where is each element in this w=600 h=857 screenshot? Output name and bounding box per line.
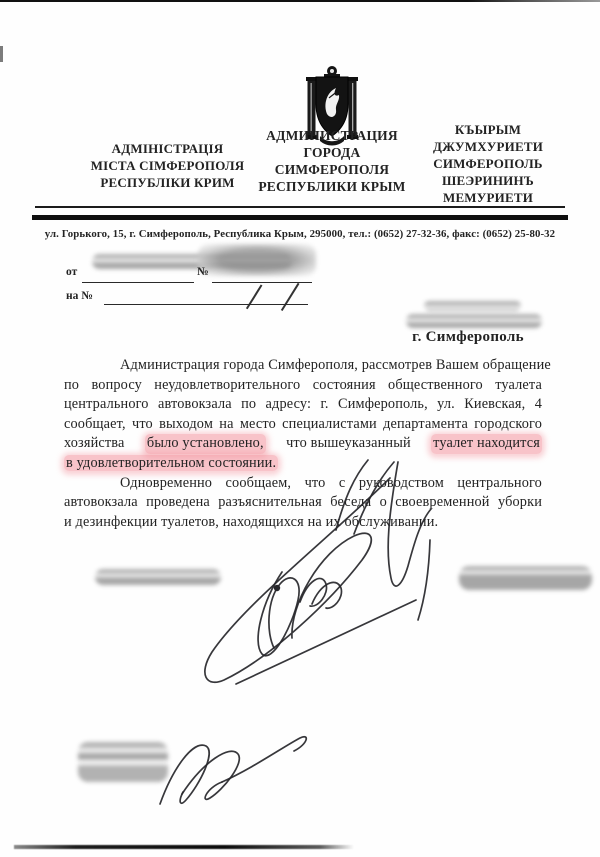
letterhead-line: ГОРОДА xyxy=(252,144,412,161)
redacted-signer-title-left xyxy=(95,569,221,585)
letterhead-line: АДМІНІСТРАЦІЯ xyxy=(60,140,275,157)
letterhead-russian: АДМИНИСТРАЦИЯ ГОРОДА СИМФЕРОПОЛЯ РЕСПУБЛ… xyxy=(252,127,412,195)
letterhead-line: ШЕЭРИНИНЪ xyxy=(403,172,573,189)
body-segment: хозяйства xyxy=(64,434,124,454)
reply-underline xyxy=(104,304,308,305)
body-line: по вопросу неудовлетворительного состоян… xyxy=(64,376,542,396)
letterhead-line: ДЖУМХУРИЕТИ xyxy=(403,138,573,155)
scan-edge-top xyxy=(0,0,600,2)
scan-artifact-left xyxy=(0,46,3,62)
redacted-signer-name-right xyxy=(459,566,592,590)
contact-line: ул. Горького, 15, г. Симферополь, Респуб… xyxy=(35,228,565,240)
from-label: от xyxy=(66,266,77,278)
scan-edge-bottom xyxy=(14,845,354,849)
handwritten-slash xyxy=(281,283,299,311)
header-rule-thick xyxy=(32,215,568,220)
letterhead-line: КЪЫРЫМ xyxy=(403,121,573,138)
handwritten-slash xyxy=(246,285,262,310)
from-underline xyxy=(82,282,194,283)
scanned-letter-page: АДМІНІСТРАЦІЯ МІСТА СІМФЕРОПОЛЯ РЕСПУБЛІ… xyxy=(0,0,600,857)
letterhead-line: МЕМУРИЕТИ xyxy=(403,189,573,206)
signature-secondary xyxy=(138,722,323,822)
body-line: центрального автовокзала по адресу: г. С… xyxy=(64,395,542,415)
letterhead-line: СИМФЕРОПОЛЯ xyxy=(252,161,412,178)
reply-to-label: на № xyxy=(66,290,93,302)
letterhead-line: АДМИНИСТРАЦИЯ xyxy=(252,127,412,144)
redacted-recipient-line1 xyxy=(424,301,521,311)
redacted-number xyxy=(198,244,316,276)
letterhead-ukrainian: АДМІНІСТРАЦІЯ МІСТА СІМФЕРОПОЛЯ РЕСПУБЛІ… xyxy=(60,140,275,191)
letterhead-crimean-tatar: КЪЫРЫМ ДЖУМХУРИЕТИ СИМФЕРОПОЛЬ ШЕЭРИНИНЪ… xyxy=(403,121,573,206)
letterhead-line: РЕСПУБЛІКИ КРИМ xyxy=(60,174,275,191)
letterhead-line: РЕСПУБЛИКИ КРЫМ xyxy=(252,178,412,195)
body-line: сообщает, что выходом на место специалис… xyxy=(64,415,542,435)
header-rule-thin xyxy=(35,206,565,208)
place-line: г. Симферополь xyxy=(402,329,534,346)
redacted-recipient-line2 xyxy=(406,314,542,328)
body-line: Администрация города Симферополя, рассмо… xyxy=(64,356,542,376)
number-label: № xyxy=(197,266,209,278)
letterhead-line: СИМФЕРОПОЛЬ xyxy=(403,155,573,172)
letterhead-line: МІСТА СІМФЕРОПОЛЯ xyxy=(60,157,275,174)
